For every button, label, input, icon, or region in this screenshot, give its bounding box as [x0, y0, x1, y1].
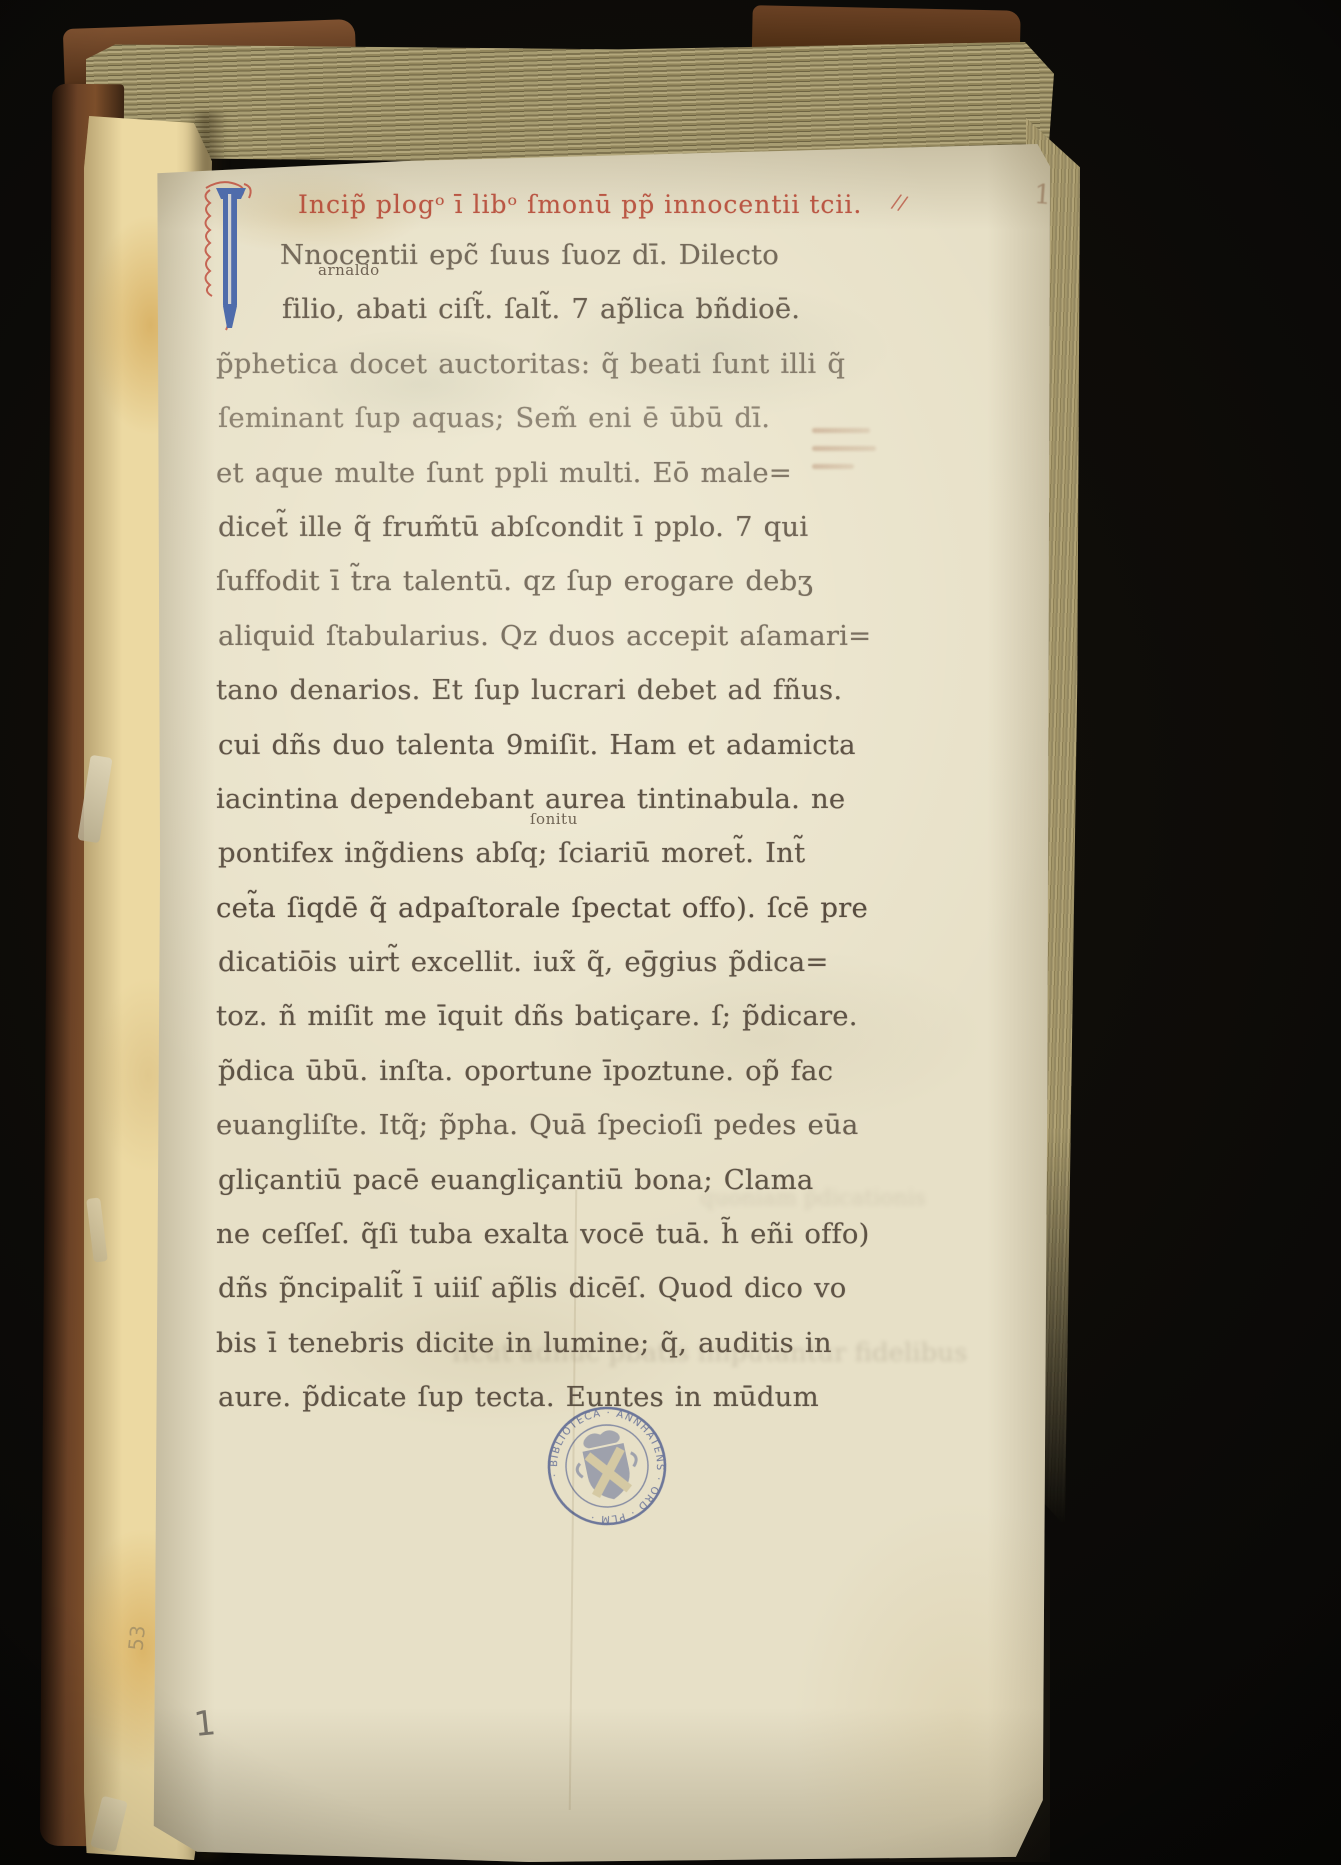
text-line: bis ī tenebris dicite in lumine; q̃, aud… [216, 1316, 896, 1370]
text-line: ſuffodit ī t̃ra talentū. qz ſup erogare … [216, 554, 896, 608]
faded-marginal-note [812, 428, 882, 482]
text-line: toz. ñ miſit me īquit dñs batiçare. ſ; p… [216, 989, 896, 1043]
text-line: dicatiōis uirt̃ excellit. iux̃ q̃, eḡgiu… [218, 935, 898, 989]
faded-note-line [812, 428, 870, 433]
edge-number: 53 [123, 1624, 150, 1652]
text-line: gliçantiū pacē euangliçantiū bona; Clama [218, 1153, 898, 1207]
page-stack-top-edge [86, 42, 1054, 164]
text-line: filio, abati ciſt̃. ſalt̃. 7 ap̃lica bñd… [218, 282, 898, 336]
text-line: dñs p̃ncipalit̃ ī uiiſ ap̃lis dicēſ. Quo… [218, 1261, 898, 1315]
text-line: cet̃a ſiqdē q̃ adpaſtorale ſpectat offo)… [216, 881, 896, 935]
text-line: et aque multe ſunt ppli multi. Eō male= [216, 446, 896, 500]
folio-number-ink: 1 [1033, 179, 1052, 211]
red-penwork-flourish [206, 190, 213, 296]
text-line: p̃phetica docet auctoritas: q̃ beati ſun… [216, 337, 896, 391]
faded-note-line [812, 446, 876, 451]
text-line: Nnocentii epc̃ ſuus ſuoz dī. Dilecto [216, 228, 896, 282]
text-line: euangliſte. Itq̃; p̃pha. Quā ſpecioſi pe… [216, 1098, 896, 1152]
manuscript-photo: Incip̃ plogᵒ ī libᵒ ſmonū pp̃ innocentii… [0, 0, 1341, 1865]
faded-note-line [812, 464, 854, 469]
folio-number-pencil: 1 [192, 1703, 218, 1745]
text-line: cui dñs duo talenta 9miſit. Ham et adami… [218, 718, 898, 772]
text-line: p̃dica ūbū. inſta. oportune īpoztune. op… [218, 1044, 898, 1098]
text-block: Nnocentii epc̃ ſuus ſuoz dī. Dilecto fil… [216, 228, 896, 1425]
text-line: dicet̃ ille q̃ frum̃tū abſcondit ī pplo.… [218, 500, 898, 554]
text-line: tano denarios. Et ſup lucrari debet ad f… [216, 663, 896, 717]
library-stamp: · BIBLIOTECA · ANNHATENS · ORD · PLM · [529, 1388, 686, 1545]
rubric-incipit: Incip̃ plogᵒ ī libᵒ ſmonū pp̃ innocentii… [298, 190, 862, 219]
text-line: pontifex ing̃diens abſq; ſciariū moret̃.… [218, 826, 898, 880]
text-line: aliquid ſtabularius. Qz duos accepit aſa… [218, 609, 898, 663]
text-line: ſeminant ſup aquas; Sem̃ eni ē ūbū dī. [218, 391, 898, 445]
text-line: ne ceſſeſ. q̃ſi tuba exalta vocē tuā. h̃… [216, 1207, 896, 1261]
text-line: iacintina dependebant aurea tintinabula.… [216, 772, 896, 826]
